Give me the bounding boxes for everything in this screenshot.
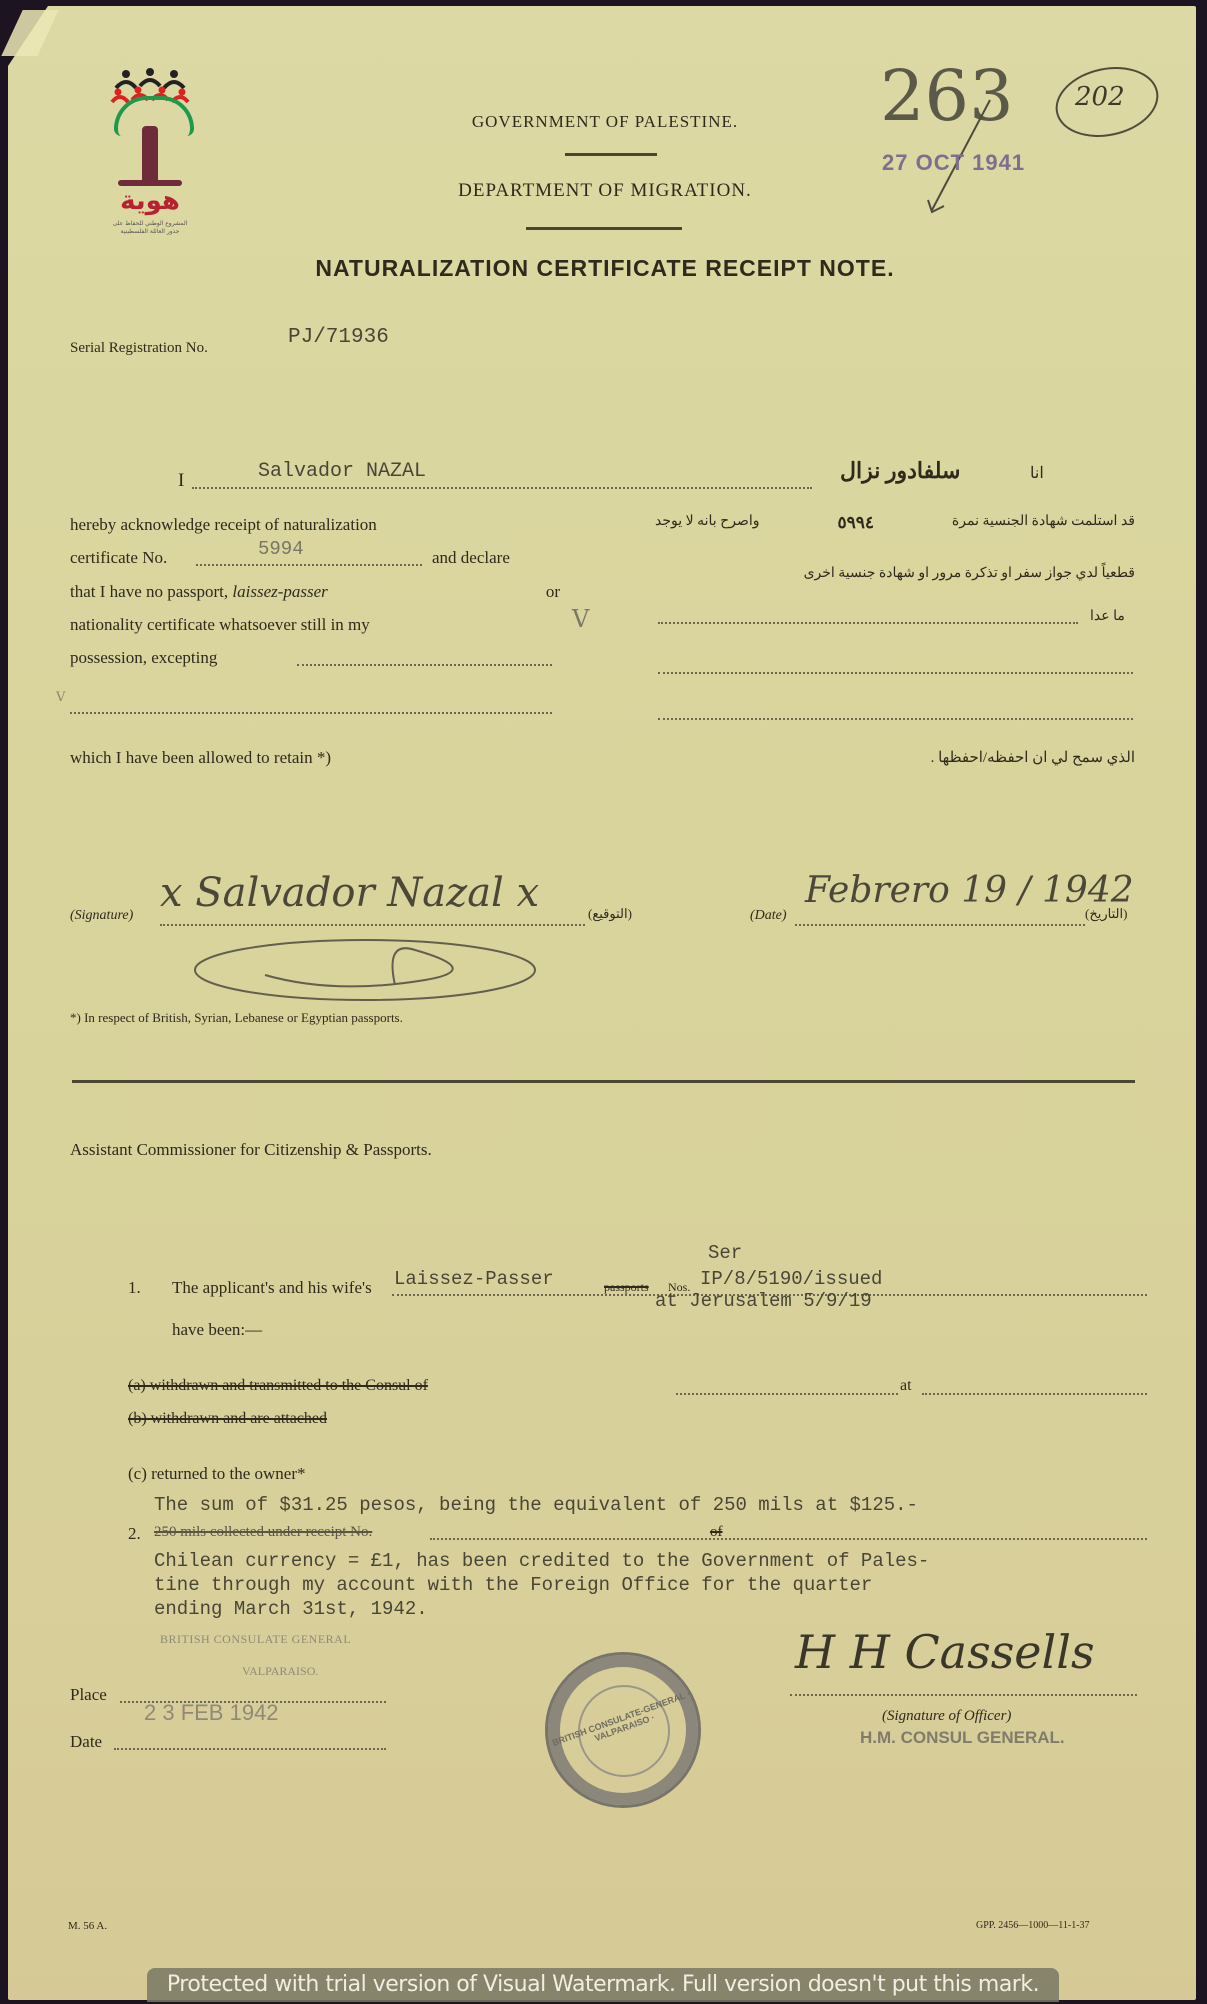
divider xyxy=(565,153,657,156)
divider xyxy=(526,227,682,230)
signature-line xyxy=(160,924,585,926)
serial-label: Serial Registration No. xyxy=(70,340,208,357)
declaration-line-5: possession, excepting xyxy=(70,648,217,668)
applicant-signature: x Salvador Nazal x xyxy=(160,870,539,916)
or-text: or xyxy=(546,582,560,602)
declaration-line-1: hereby acknowledge receipt of naturaliza… xyxy=(70,515,560,535)
arabic-line-1-post: واصرح بانه لا يوجد xyxy=(655,513,759,533)
item2-receipt-line xyxy=(430,1538,1147,1540)
arabic-line-1-pre: قد استلمت شهادة الجنسية نمرة xyxy=(952,513,1135,533)
declaration-line-3: that I have no passport, laissez-passer … xyxy=(70,582,560,602)
applicant-date: Febrero 19 / 1942 xyxy=(805,870,1134,911)
declaration-line-6: which I have been allowed to retain *) xyxy=(70,748,331,768)
logo-name: هوية xyxy=(110,186,190,216)
laissez-passer-text: laissez-passer xyxy=(232,582,327,601)
watermark-banner: Protected with trial version of Visual W… xyxy=(147,1968,1059,2002)
item1-have-been: have been:— xyxy=(172,1320,262,1340)
item2-line-5: ending March 31st, 1942. xyxy=(154,1598,428,1620)
arabic-line-2: قطعياً لدي جواز سفر او تذكرة مرور او شها… xyxy=(655,565,1135,582)
line3-text: that I have no passport, xyxy=(70,582,228,601)
arabic-applicant-name: سلفادور نزال xyxy=(840,458,960,484)
arabic-ana-label: انا xyxy=(1030,463,1044,483)
item2-number: 2. xyxy=(128,1524,141,1544)
document-title: NATURALIZATION CERTIFICATE RECEIPT NOTE. xyxy=(240,255,970,282)
arabic-line-6: الذي سمح لي ان احفظه/احفظها . xyxy=(880,748,1135,767)
item1-struck-passports: passports xyxy=(604,1280,649,1295)
date-label-arabic: (التاريخ) xyxy=(1085,906,1127,922)
option-a-consul-line xyxy=(676,1393,898,1395)
heritage-logo: هوية المشروع الوطني للحفاظ على جذور العا… xyxy=(100,68,210,238)
option-c: (c) returned to the owner* xyxy=(128,1464,305,1484)
declaration-line-4: nationality certificate whatsoever still… xyxy=(70,615,370,635)
print-code: GPP. 2456—1000—11-1-37 xyxy=(976,1920,1090,1931)
item1-label: The applicant's and his wife's xyxy=(172,1278,372,1298)
arabic-excepting-line-2 xyxy=(658,672,1133,674)
option-b-struck: (b) withdrawn and are attached xyxy=(128,1410,327,1428)
officer-signature-line xyxy=(790,1694,1137,1696)
option-a-struck: (a) withdrawn and transmitted to the Con… xyxy=(128,1377,428,1395)
certificate-label: certificate No. xyxy=(70,548,167,568)
logo-subtitle-line-2: جذور العائلة الفلسطينية xyxy=(100,228,200,236)
certificate-number: 5994 xyxy=(258,538,304,560)
option-a-at: at xyxy=(900,1377,912,1395)
and-declare-text: and declare xyxy=(432,548,510,568)
signature-label-arabic: (التوقيع) xyxy=(588,906,632,922)
signature-of-officer-label: (Signature of Officer) xyxy=(882,1708,1011,1725)
date-line xyxy=(795,924,1085,926)
excepting-line xyxy=(297,664,552,666)
officer-date-line xyxy=(114,1748,386,1750)
item2-line-1: The sum of $31.25 pesos, being the equiv… xyxy=(154,1494,918,1516)
arabic-excepting-line xyxy=(658,622,1078,624)
commissioner-heading: Assistant Commissioner for Citizenship &… xyxy=(70,1140,432,1160)
section-divider xyxy=(72,1080,1135,1083)
excepting-line-2 xyxy=(70,712,552,714)
check-mark-small: V xyxy=(56,690,65,705)
tree-icon xyxy=(142,126,158,186)
officer-title-stamp: H.M. CONSUL GENERAL. xyxy=(860,1728,1065,1748)
item1-number: 1. xyxy=(128,1278,141,1298)
signature-label: (Signature) xyxy=(70,908,133,924)
government-heading: GOVERNMENT OF PALESTINE. xyxy=(400,112,810,132)
date-received-stamp: 2 3 FEB 1942 xyxy=(144,1700,279,1726)
arabic-excepting-line-3 xyxy=(658,718,1133,720)
logo-subtitle-line-1: المشروع الوطني للحفاظ على xyxy=(100,220,200,228)
arabic-line-1: قد استلمت شهادة الجنسية نمرة ٥٩٩٤ واصرح … xyxy=(655,513,1135,533)
received-date-stamp: 27 OCT 1941 xyxy=(882,150,1025,176)
date-label: (Date) xyxy=(750,908,787,924)
department-heading: DEPARTMENT OF MIGRATION. xyxy=(380,180,830,202)
consulate-city-stamp: VALPARAISO. xyxy=(242,1664,318,1679)
consulate-seal-icon: BRITISH CONSULATE-GENERAL · VALPARAISO · xyxy=(545,1652,701,1808)
signature-flourish-icon xyxy=(185,930,545,1010)
place-label: Place xyxy=(70,1685,107,1705)
applicant-name: Salvador NAZAL xyxy=(258,460,426,483)
arabic-line-3: ما عدا xyxy=(1090,608,1125,625)
item2-struck-of: of xyxy=(710,1524,723,1541)
logo-subtitle: المشروع الوطني للحفاظ على جذور العائلة ا… xyxy=(100,220,200,236)
option-a-location-line xyxy=(922,1393,1147,1395)
officer-signature: H H Cassells xyxy=(795,1625,1095,1679)
form-code: M. 56 A. xyxy=(68,1920,107,1932)
arabic-certificate-number: ٥٩٩٤ xyxy=(837,513,874,533)
serial-value: PJ/71936 xyxy=(288,326,389,349)
name-field-line xyxy=(192,487,812,489)
i-label: I xyxy=(178,470,184,492)
item2-line-4: tine through my account with the Foreign… xyxy=(154,1574,872,1596)
consulate-stamp: BRITISH CONSULATE GENERAL xyxy=(160,1632,351,1647)
footnote: *) In respect of British, Syrian, Lebane… xyxy=(70,1010,403,1026)
item1-issued-at: at Jerusalem 5/9/19 xyxy=(655,1290,872,1312)
item1-passport-number: IP/8/5190/issued xyxy=(700,1268,882,1290)
item1-ser: Ser xyxy=(708,1242,742,1264)
certificate-number-line xyxy=(196,564,422,566)
date-label-officer: Date xyxy=(70,1732,102,1752)
item1-document-type: Laissez-Passer xyxy=(394,1268,554,1290)
item2-line-3: Chilean currency = £1, has been credited… xyxy=(154,1550,929,1572)
check-mark: V xyxy=(572,605,589,633)
item2-struck-receipt: 250 mils collected under receipt No. xyxy=(154,1524,372,1541)
circled-number: 202 xyxy=(1075,82,1125,112)
